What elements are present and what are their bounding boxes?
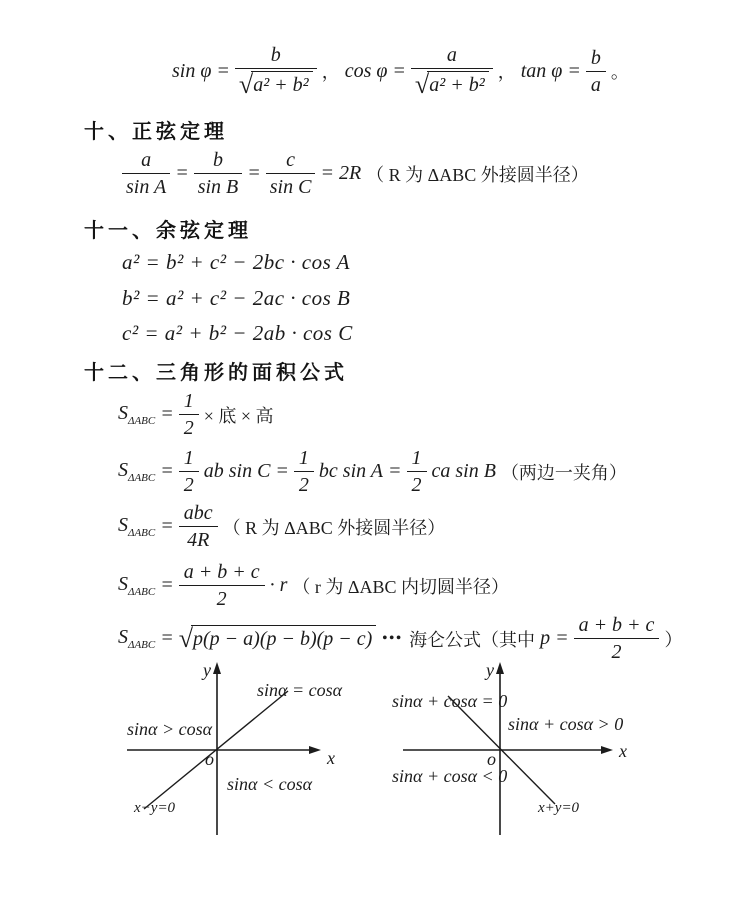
fraction: c sin C	[266, 149, 316, 199]
area-formula-1: SΔABC = 1 2 × 底 × 高	[118, 390, 274, 440]
equals-sign: =	[175, 162, 189, 185]
equals-sign: =	[160, 574, 174, 597]
cos-phi-lhs: cos φ =	[345, 60, 406, 83]
ca-sinb-term: ca sin B	[432, 460, 496, 483]
full-stop: 。	[611, 58, 629, 84]
line-equation-label: x−y=0	[133, 800, 176, 816]
area-symbol: SΔABC	[118, 402, 155, 427]
equals-sign: =	[160, 460, 174, 483]
fraction-numerator: b	[194, 149, 243, 174]
document-page: sin φ = b √a² + b² ， cos φ = a √a² + b² …	[0, 0, 750, 921]
intro-formula-line: sin φ = b √a² + b² ， cos φ = a √a² + b² …	[172, 44, 629, 99]
x-axis-label: x	[326, 748, 335, 768]
equals-sign: =	[275, 460, 289, 483]
comma: ，	[322, 58, 340, 84]
circumradius-note: （ R 为 ΔABC 外接圆半径）	[366, 161, 589, 187]
section-heading-twelve: 十二、三角形的面积公式	[84, 356, 348, 385]
fraction: a √a² + b²	[411, 44, 493, 99]
fraction: abc 4R	[179, 502, 218, 552]
s-letter: S	[118, 402, 128, 424]
ab-sinc-term: ab sin C	[204, 460, 271, 483]
sin-plus-cos-negative-label: sinα + cosα < 0	[392, 766, 507, 786]
fraction-numerator: a	[122, 149, 170, 174]
fraction: b sin B	[194, 149, 243, 199]
dot-r-term: · r	[270, 574, 288, 597]
sin-greater-cos-label: sinα > cosα	[127, 719, 213, 739]
s-letter: S	[118, 573, 128, 595]
heron-formula-label: 海仑公式（其中	[409, 626, 535, 652]
cosine-formula-1: a² = b² + c² − 2bc · cos A	[122, 250, 350, 275]
y-axis-label: y	[484, 660, 494, 680]
fraction-denominator: sin B	[194, 174, 243, 198]
equals-sign: =	[160, 515, 174, 538]
fraction-denominator: 2	[180, 472, 198, 496]
square-root: √a² + b²	[415, 71, 489, 98]
ellipsis-dots: •••	[382, 631, 403, 647]
fraction-numerator: c	[266, 149, 316, 174]
fraction-denominator: sin A	[122, 174, 170, 198]
fraction-numerator: abc	[179, 502, 218, 527]
fraction-denominator: 2	[180, 415, 198, 439]
fraction: 1 2	[407, 447, 427, 497]
area-formula-3: SΔABC = abc 4R （ R 为 ΔABC 外接圆半径）	[118, 502, 445, 552]
line-equation-label: x+y=0	[537, 800, 580, 816]
diagram-left: y x o sinα = cosα sinα > cosα sinα < cos…	[108, 660, 352, 838]
fraction: b √a² + b²	[235, 44, 317, 99]
triangle-subscript: ΔABC	[128, 586, 155, 598]
inradius-note: （ r 为 ΔABC 内切圆半径）	[292, 573, 509, 599]
fraction: a sin A	[122, 149, 170, 199]
equals-sign: =	[388, 460, 402, 483]
diagram-right: y x o sinα + cosα = 0 sinα + cosα > 0 si…	[383, 660, 643, 838]
fraction-numerator: b	[235, 44, 317, 69]
fraction: 1 2	[179, 447, 199, 497]
fraction-numerator: 1	[179, 390, 199, 415]
fraction: b a	[586, 47, 606, 97]
s-letter: S	[118, 459, 128, 481]
x-axis-arrowhead-icon	[309, 746, 321, 754]
fraction-denominator: sin C	[266, 174, 316, 198]
radicand: p(p − a)(p − b)(p − c)	[191, 625, 376, 651]
area-symbol: SΔABC	[118, 459, 155, 484]
radicand: a² + b²	[427, 71, 489, 96]
cosine-formula-2: b² = a² + c² − 2ac · cos B	[122, 286, 350, 311]
s-letter: S	[118, 626, 128, 648]
bc-sina-term: bc sin A	[319, 460, 383, 483]
square-root: √p(p − a)(p − b)(p − c)	[179, 625, 377, 652]
sin-less-cos-label: sinα < cosα	[227, 774, 313, 794]
square-root: √a² + b²	[239, 71, 313, 98]
tan-phi-lhs: tan φ =	[521, 60, 581, 83]
fraction-denominator: 2	[295, 472, 313, 496]
section-heading-ten: 十、正弦定理	[84, 115, 228, 144]
x-axis-label: x	[618, 741, 627, 761]
origin-label: o	[205, 749, 214, 769]
circumradius-note: （ R 为 ΔABC 外接圆半径）	[223, 514, 446, 540]
area-symbol: SΔABC	[118, 514, 155, 539]
fraction-denominator: 2	[213, 586, 231, 610]
fraction-numerator: a + b + c	[574, 614, 660, 639]
closing-paren: ）	[664, 626, 682, 652]
section-heading-eleven: 十一、余弦定理	[84, 214, 252, 243]
fraction-denominator: 2	[408, 472, 426, 496]
sin-phi-lhs: sin φ =	[172, 60, 230, 83]
radicand: a² + b²	[251, 71, 313, 96]
sin-plus-cos-zero-label: sinα + cosα = 0	[392, 691, 507, 711]
comma: ，	[498, 58, 516, 84]
fraction: a + b + c 2	[574, 614, 660, 664]
base-times-height: × 底 × 高	[204, 402, 274, 428]
fraction-numerator: a + b + c	[179, 561, 265, 586]
area-formula-4: SΔABC = a + b + c 2 · r （ r 为 ΔABC 内切圆半径…	[118, 561, 509, 611]
equals-2r: = 2R	[320, 162, 361, 185]
equals-sign: =	[160, 403, 174, 426]
equals-sign: =	[160, 627, 174, 650]
fraction-numerator: 1	[407, 447, 427, 472]
area-formula-5: SΔABC = √p(p − a)(p − b)(p − c) ••• 海仑公式…	[118, 614, 682, 664]
triangle-subscript: ΔABC	[128, 472, 155, 484]
fraction-denominator: 4R	[183, 527, 213, 551]
fraction-denominator: √a² + b²	[411, 69, 493, 98]
sin-equals-cos-label: sinα = cosα	[257, 680, 343, 700]
y-axis-arrowhead-icon	[213, 662, 221, 674]
s-letter: S	[118, 514, 128, 536]
sin-plus-cos-positive-label: sinα + cosα > 0	[508, 714, 623, 734]
area-symbol: SΔABC	[118, 626, 155, 651]
cosine-formula-3: c² = a² + b² − 2ab · cos C	[122, 321, 353, 346]
equals-sign: =	[247, 162, 261, 185]
triangle-subscript: ΔABC	[128, 415, 155, 427]
x-axis-arrowhead-icon	[601, 746, 613, 754]
fraction-denominator: √a² + b²	[235, 69, 317, 98]
fraction: 1 2	[294, 447, 314, 497]
fraction-numerator: 1	[294, 447, 314, 472]
fraction: 1 2	[179, 390, 199, 440]
area-symbol: SΔABC	[118, 573, 155, 598]
fraction-denominator: a	[587, 72, 605, 96]
triangle-subscript: ΔABC	[128, 639, 155, 651]
triangle-subscript: ΔABC	[128, 527, 155, 539]
y-axis-arrowhead-icon	[496, 662, 504, 674]
two-sides-angle-note: （两边一夹角）	[501, 459, 627, 485]
fraction-numerator: a	[411, 44, 493, 69]
fraction: a + b + c 2	[179, 561, 265, 611]
y-axis-label: y	[201, 660, 211, 680]
fraction-numerator: 1	[179, 447, 199, 472]
area-formula-2: SΔABC = 1 2 ab sin C = 1 2 bc sin A = 1 …	[118, 447, 627, 497]
fraction-numerator: b	[586, 47, 606, 72]
p-equals: p =	[540, 627, 569, 650]
sine-rule-formula: a sin A = b sin B = c sin C = 2R （ R 为 Δ…	[122, 149, 589, 199]
